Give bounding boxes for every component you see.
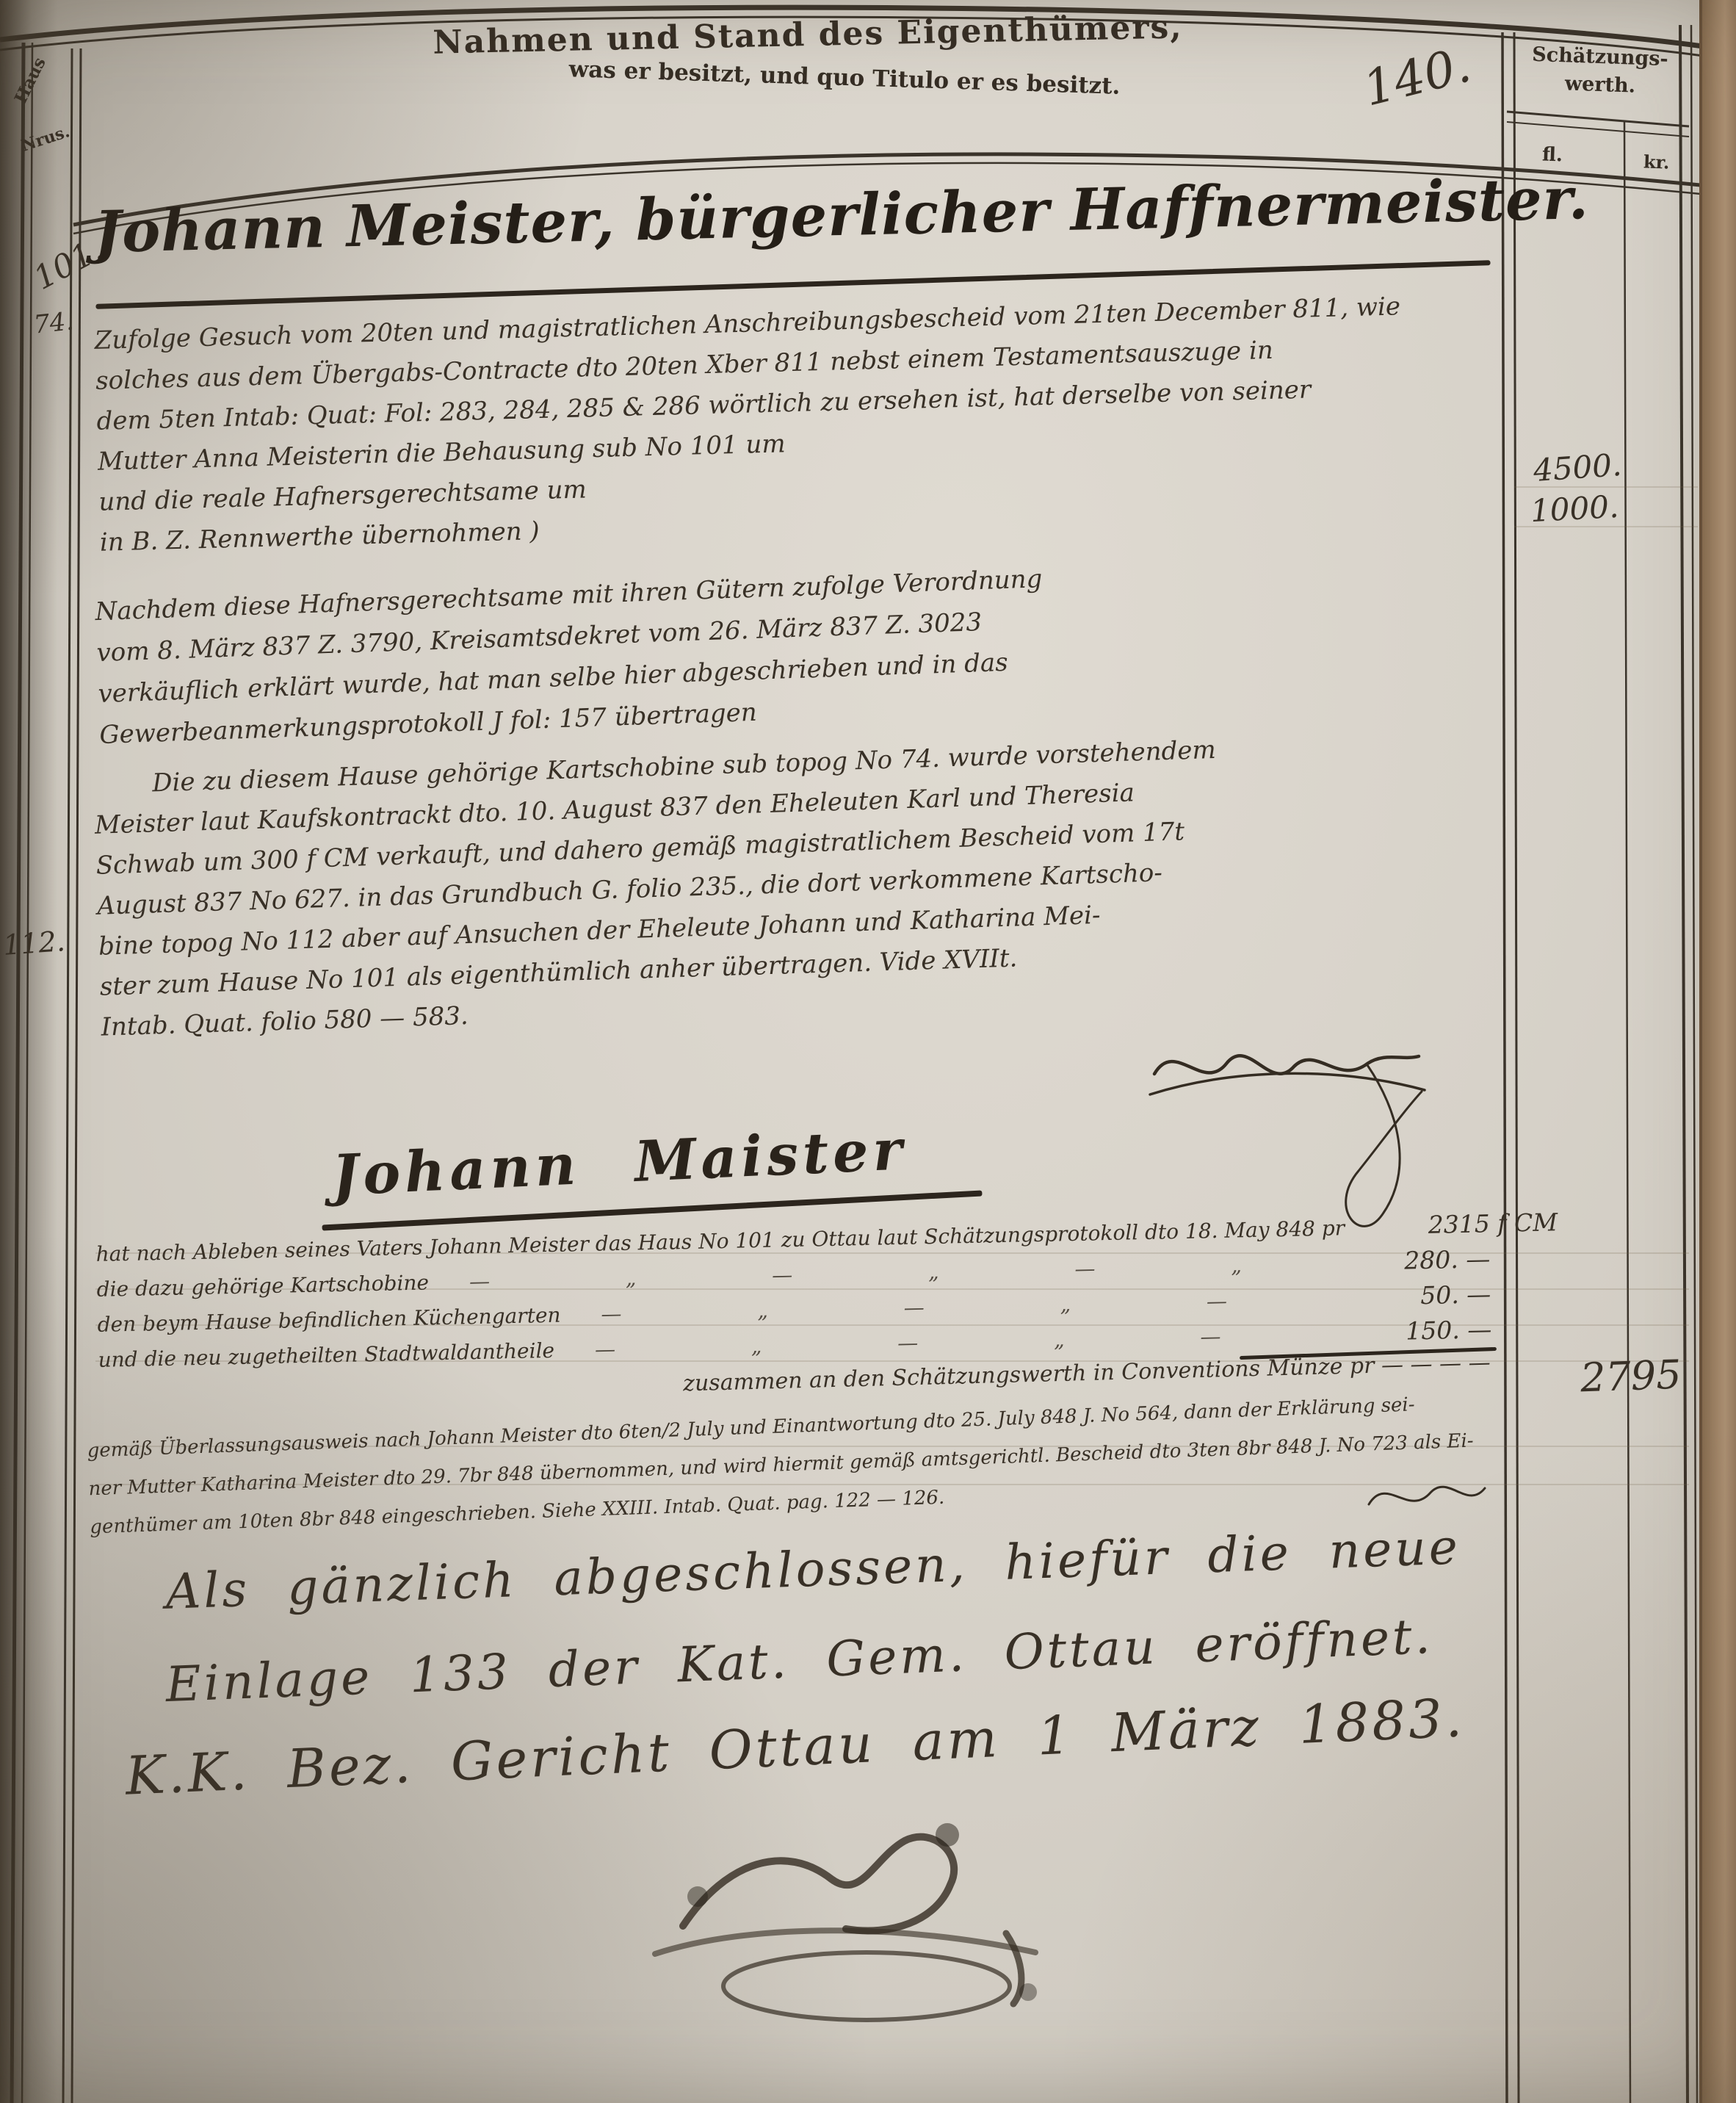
row-amount: 150. — — [1319, 1315, 1492, 1347]
row-amount: 2315 f CM — [1385, 1208, 1558, 1240]
row-text: und die neu zugetheilten Stadtwaldanthei… — [98, 1338, 554, 1372]
book-binding-shadow — [0, 0, 57, 2103]
row-text: die dazu gehörige Kartschobine — [96, 1270, 429, 1301]
valuation-total-2795: 2795 — [1580, 1352, 1682, 1402]
valuation-amount-1000: 1000. — [1530, 488, 1620, 529]
row-amount: 50. — — [1318, 1280, 1491, 1312]
florin-subcolumn-label: fl. — [1541, 144, 1563, 167]
row-amount: 280. — — [1317, 1244, 1491, 1277]
small-clerk-signature — [1364, 1466, 1489, 1525]
entry1-paragraph1: Zufolge Gesuch vom 20ten und magistratli… — [94, 284, 1491, 563]
valuation-amount-4500: 4500. — [1532, 447, 1622, 488]
court-stamp-signature — [639, 1808, 1079, 2036]
grundbuch-page: Nahmen und Stand des Eigenthümers, was e… — [0, 0, 1736, 2103]
page-edge-right — [1699, 0, 1736, 2103]
entry1-paragraph3: Die zu diesem Hause gehörige Kartschobin… — [93, 721, 1492, 1047]
row-text: den beym Hause befindlichen Küchengarten — [97, 1303, 561, 1337]
kreuzer-subcolumn-label: kr. — [1643, 151, 1670, 173]
